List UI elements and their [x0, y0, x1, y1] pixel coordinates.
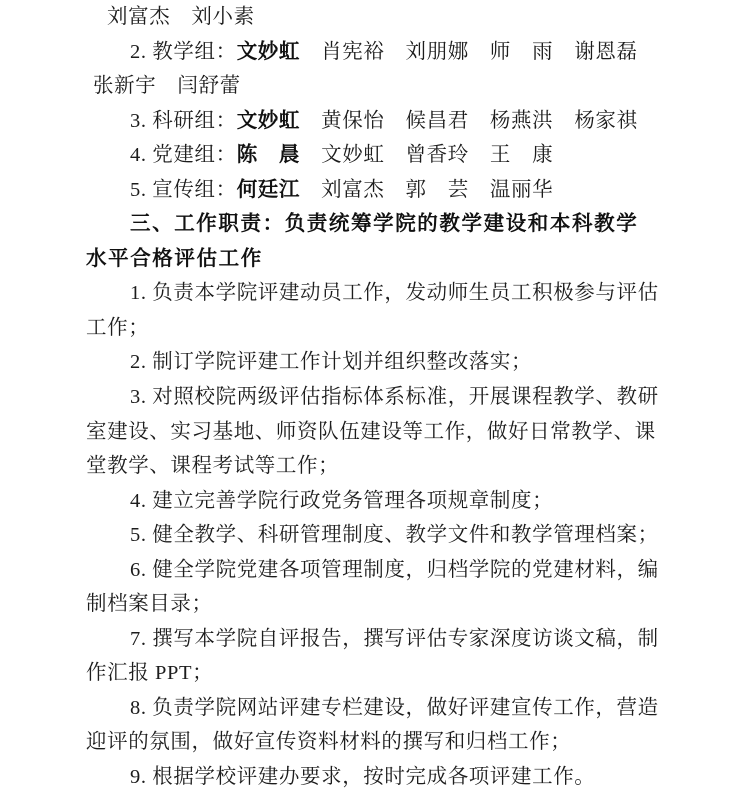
- document-page: 刘富杰 刘小素2. 教学组：文妙虹 肖宪裕 刘朋娜 师 雨 谢恩磊张新宇 闫舒蕾…: [0, 0, 735, 795]
- body-text: 黄保怡 候昌君 杨燕洪 杨家祺: [300, 110, 638, 132]
- body-text: 作汇报 PPT；: [86, 662, 213, 684]
- text-line: 刘富杰 刘小素: [86, 0, 666, 35]
- bold-name-text: 文妙虹: [237, 41, 300, 63]
- bold-name-text: 陈 晨: [237, 144, 300, 166]
- text-line: 4. 党建组：陈 晨 文妙虹 曾香玲 王 康: [86, 138, 666, 173]
- body-text: 刘富杰 郭 芸 温丽华: [300, 179, 553, 201]
- body-text: 5. 健全教学、科研管理制度、教学文件和教学管理档案；: [130, 524, 659, 546]
- text-line: 5. 健全教学、科研管理制度、教学文件和教学管理档案；: [86, 518, 666, 553]
- body-text: 3. 对照校院两级评估指标体系标准，开展课程教学、教研: [130, 386, 659, 408]
- document-lines: 刘富杰 刘小素2. 教学组：文妙虹 肖宪裕 刘朋娜 师 雨 谢恩磊张新宇 闫舒蕾…: [86, 0, 666, 795]
- heading-line: 三、工作职责：负责统筹学院的教学建设和本科教学: [86, 207, 666, 242]
- text-line: 5. 宣传组：何廷江 刘富杰 郭 芸 温丽华: [86, 173, 666, 208]
- body-text: 1. 负责本学院评建动员工作，发动师生员工积极参与评估: [130, 282, 659, 304]
- text-line: 作汇报 PPT；: [86, 656, 666, 691]
- text-line: 1. 负责本学院评建动员工作，发动师生员工积极参与评估: [86, 276, 666, 311]
- body-text: 5. 宣传组：: [130, 179, 237, 201]
- bold-name-text: 水平合格评估工作: [86, 247, 263, 270]
- body-text: 2. 制订学院评建工作计划并组织整改落实；: [130, 351, 532, 373]
- text-line: 制档案目录；: [86, 587, 666, 622]
- text-line: 4. 建立完善学院行政党务管理各项规章制度；: [86, 484, 666, 519]
- heading-line: 水平合格评估工作: [86, 242, 666, 277]
- text-line: 室建设、实习基地、师资队伍建设等工作，做好日常教学、课: [86, 415, 666, 450]
- body-text: 7. 撰写本学院自评报告，撰写评估专家深度访谈文稿，制: [130, 628, 659, 650]
- text-line: 工作；: [86, 311, 666, 346]
- body-text: 堂教学、课程考试等工作；: [86, 455, 339, 477]
- bold-name-text: 三、工作职责：负责统筹学院的教学建设和本科教学: [130, 212, 638, 235]
- text-line: 7. 撰写本学院自评报告，撰写评估专家深度访谈文稿，制: [86, 622, 666, 657]
- bold-name-text: 何廷江: [237, 179, 300, 201]
- text-line: 迎评的氛围，做好宣传资料材料的撰写和归档工作；: [86, 725, 666, 760]
- body-text: 3. 科研组：: [130, 110, 237, 132]
- body-text: 室建设、实习基地、师资队伍建设等工作，做好日常教学、课: [86, 421, 656, 443]
- body-text: 工作；: [86, 317, 149, 339]
- text-line: 堂教学、课程考试等工作；: [86, 449, 666, 484]
- body-text: 4. 党建组：: [130, 144, 237, 166]
- body-text: 9. 根据学校评建办要求，按时完成各项评建工作。: [130, 766, 595, 788]
- body-text: 制档案目录；: [86, 593, 213, 615]
- text-line: 2. 制订学院评建工作计划并组织整改落实；: [86, 345, 666, 380]
- bold-name-text: 文妙虹: [237, 110, 300, 132]
- body-text: 文妙虹 曾香玲 王 康: [300, 144, 553, 166]
- body-text: 刘富杰 刘小素: [107, 6, 255, 28]
- text-line: 3. 科研组：文妙虹 黄保怡 候昌君 杨燕洪 杨家祺: [86, 104, 666, 139]
- body-text: 迎评的氛围，做好宣传资料材料的撰写和归档工作；: [86, 731, 571, 753]
- body-text: 6. 健全学院党建各项管理制度，归档学院的党建材料，编: [130, 559, 659, 581]
- body-text: 肖宪裕 刘朋娜 师 雨 谢恩磊: [300, 41, 638, 63]
- body-text: 8. 负责学院网站评建专栏建设，做好评建宣传工作，营造: [130, 697, 659, 719]
- text-line: 9. 根据学校评建办要求，按时完成各项评建工作。: [86, 760, 666, 795]
- text-line: 3. 对照校院两级评估指标体系标准，开展课程教学、教研: [86, 380, 666, 415]
- body-text: 张新宇 闫舒蕾: [93, 75, 241, 97]
- text-line: 8. 负责学院网站评建专栏建设，做好评建宣传工作，营造: [86, 691, 666, 726]
- body-text: 2. 教学组：: [130, 41, 237, 63]
- text-line: 张新宇 闫舒蕾: [86, 69, 666, 104]
- body-text: 4. 建立完善学院行政党务管理各项规章制度；: [130, 490, 553, 512]
- text-line: 2. 教学组：文妙虹 肖宪裕 刘朋娜 师 雨 谢恩磊: [86, 35, 666, 70]
- text-line: 6. 健全学院党建各项管理制度，归档学院的党建材料，编: [86, 553, 666, 588]
